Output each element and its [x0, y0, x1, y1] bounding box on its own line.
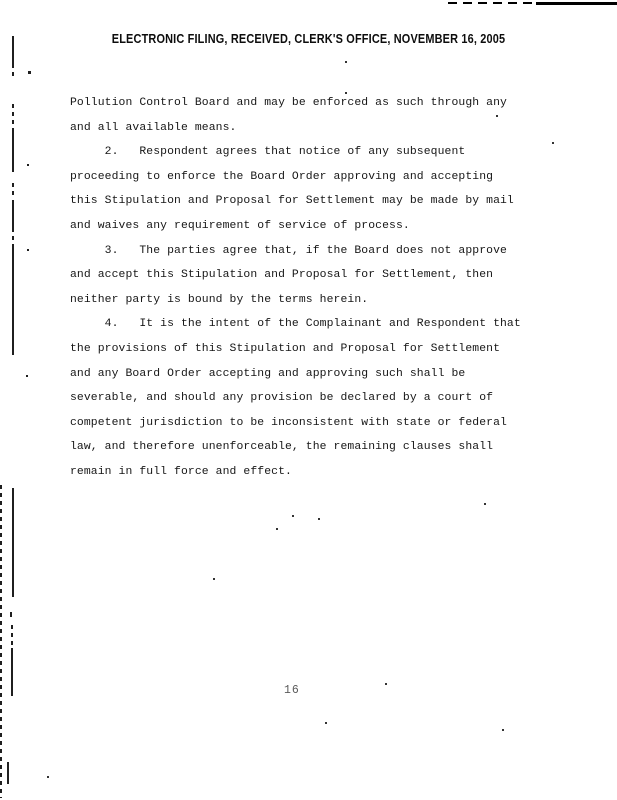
document-line: and waives any requirement of service of…: [70, 214, 521, 239]
page-number: 16: [284, 684, 300, 697]
document-line: Pollution Control Board and may be enfor…: [70, 91, 521, 116]
document-line: 3. The parties agree that, if the Board …: [70, 239, 521, 264]
scan-speck: [552, 142, 554, 144]
scan-artifact: [11, 625, 13, 648]
scan-speck: [325, 722, 327, 724]
scan-artifact: [12, 72, 14, 76]
scan-speck: [292, 515, 294, 517]
document-line: and any Board Order accepting and approv…: [70, 362, 521, 387]
scan-artifact: [0, 485, 2, 798]
scan-artifact: [12, 132, 14, 172]
scan-artifact: [7, 762, 9, 784]
document-line: neither party is bound by the terms here…: [70, 288, 521, 313]
document-line: proceeding to enforce the Board Order ap…: [70, 165, 521, 190]
document-line: and accept this Stipulation and Proposal…: [70, 263, 521, 288]
document-line: this Stipulation and Proposal for Settle…: [70, 189, 521, 214]
electronic-filing-header: ELECTRONIC FILING, RECEIVED, CLERK'S OFF…: [49, 31, 567, 46]
document-line: competent jurisdiction to be inconsisten…: [70, 411, 521, 436]
document-line: 4. It is the intent of the Complainant a…: [70, 312, 521, 337]
scan-speck: [345, 92, 347, 94]
scan-artifact: [12, 104, 14, 132]
scan-artifact: [27, 249, 29, 251]
document-line: and all available means.: [70, 116, 521, 141]
document-line: 2. Respondent agrees that notice of any …: [70, 140, 521, 165]
scan-artifact: [12, 200, 14, 228]
scan-speck: [496, 115, 498, 117]
scan-speck: [345, 61, 347, 63]
scan-speck: [502, 729, 504, 731]
document-body: Pollution Control Board and may be enfor…: [70, 91, 521, 485]
scan-artifact: [26, 375, 28, 377]
scan-artifact: [27, 164, 29, 166]
scanned-document-page: ELECTRONIC FILING, RECEIVED, CLERK'S OFF…: [0, 0, 617, 800]
document-line: the provisions of this Stipulation and P…: [70, 337, 521, 362]
scan-speck: [484, 503, 486, 505]
scan-artifact: [12, 36, 14, 68]
scan-speck: [318, 518, 320, 520]
scan-speck: [385, 683, 387, 685]
scan-speck: [47, 776, 49, 778]
scan-artifact: [28, 71, 31, 74]
scan-solid-rule: [536, 2, 617, 5]
document-line: law, and therefore unenforceable, the re…: [70, 435, 521, 460]
scan-speck: [276, 528, 278, 530]
document-line: remain in full force and effect.: [70, 460, 521, 485]
scan-artifact: [12, 488, 14, 597]
document-line: severable, and should any provision be d…: [70, 386, 521, 411]
scan-artifact: [12, 244, 14, 355]
scan-artifact: [12, 183, 14, 199]
scan-dashed-rule: [448, 2, 534, 4]
scan-artifact: [10, 612, 12, 617]
scan-artifact: [12, 228, 14, 244]
scan-artifact: [11, 648, 13, 696]
scan-speck: [213, 578, 215, 580]
